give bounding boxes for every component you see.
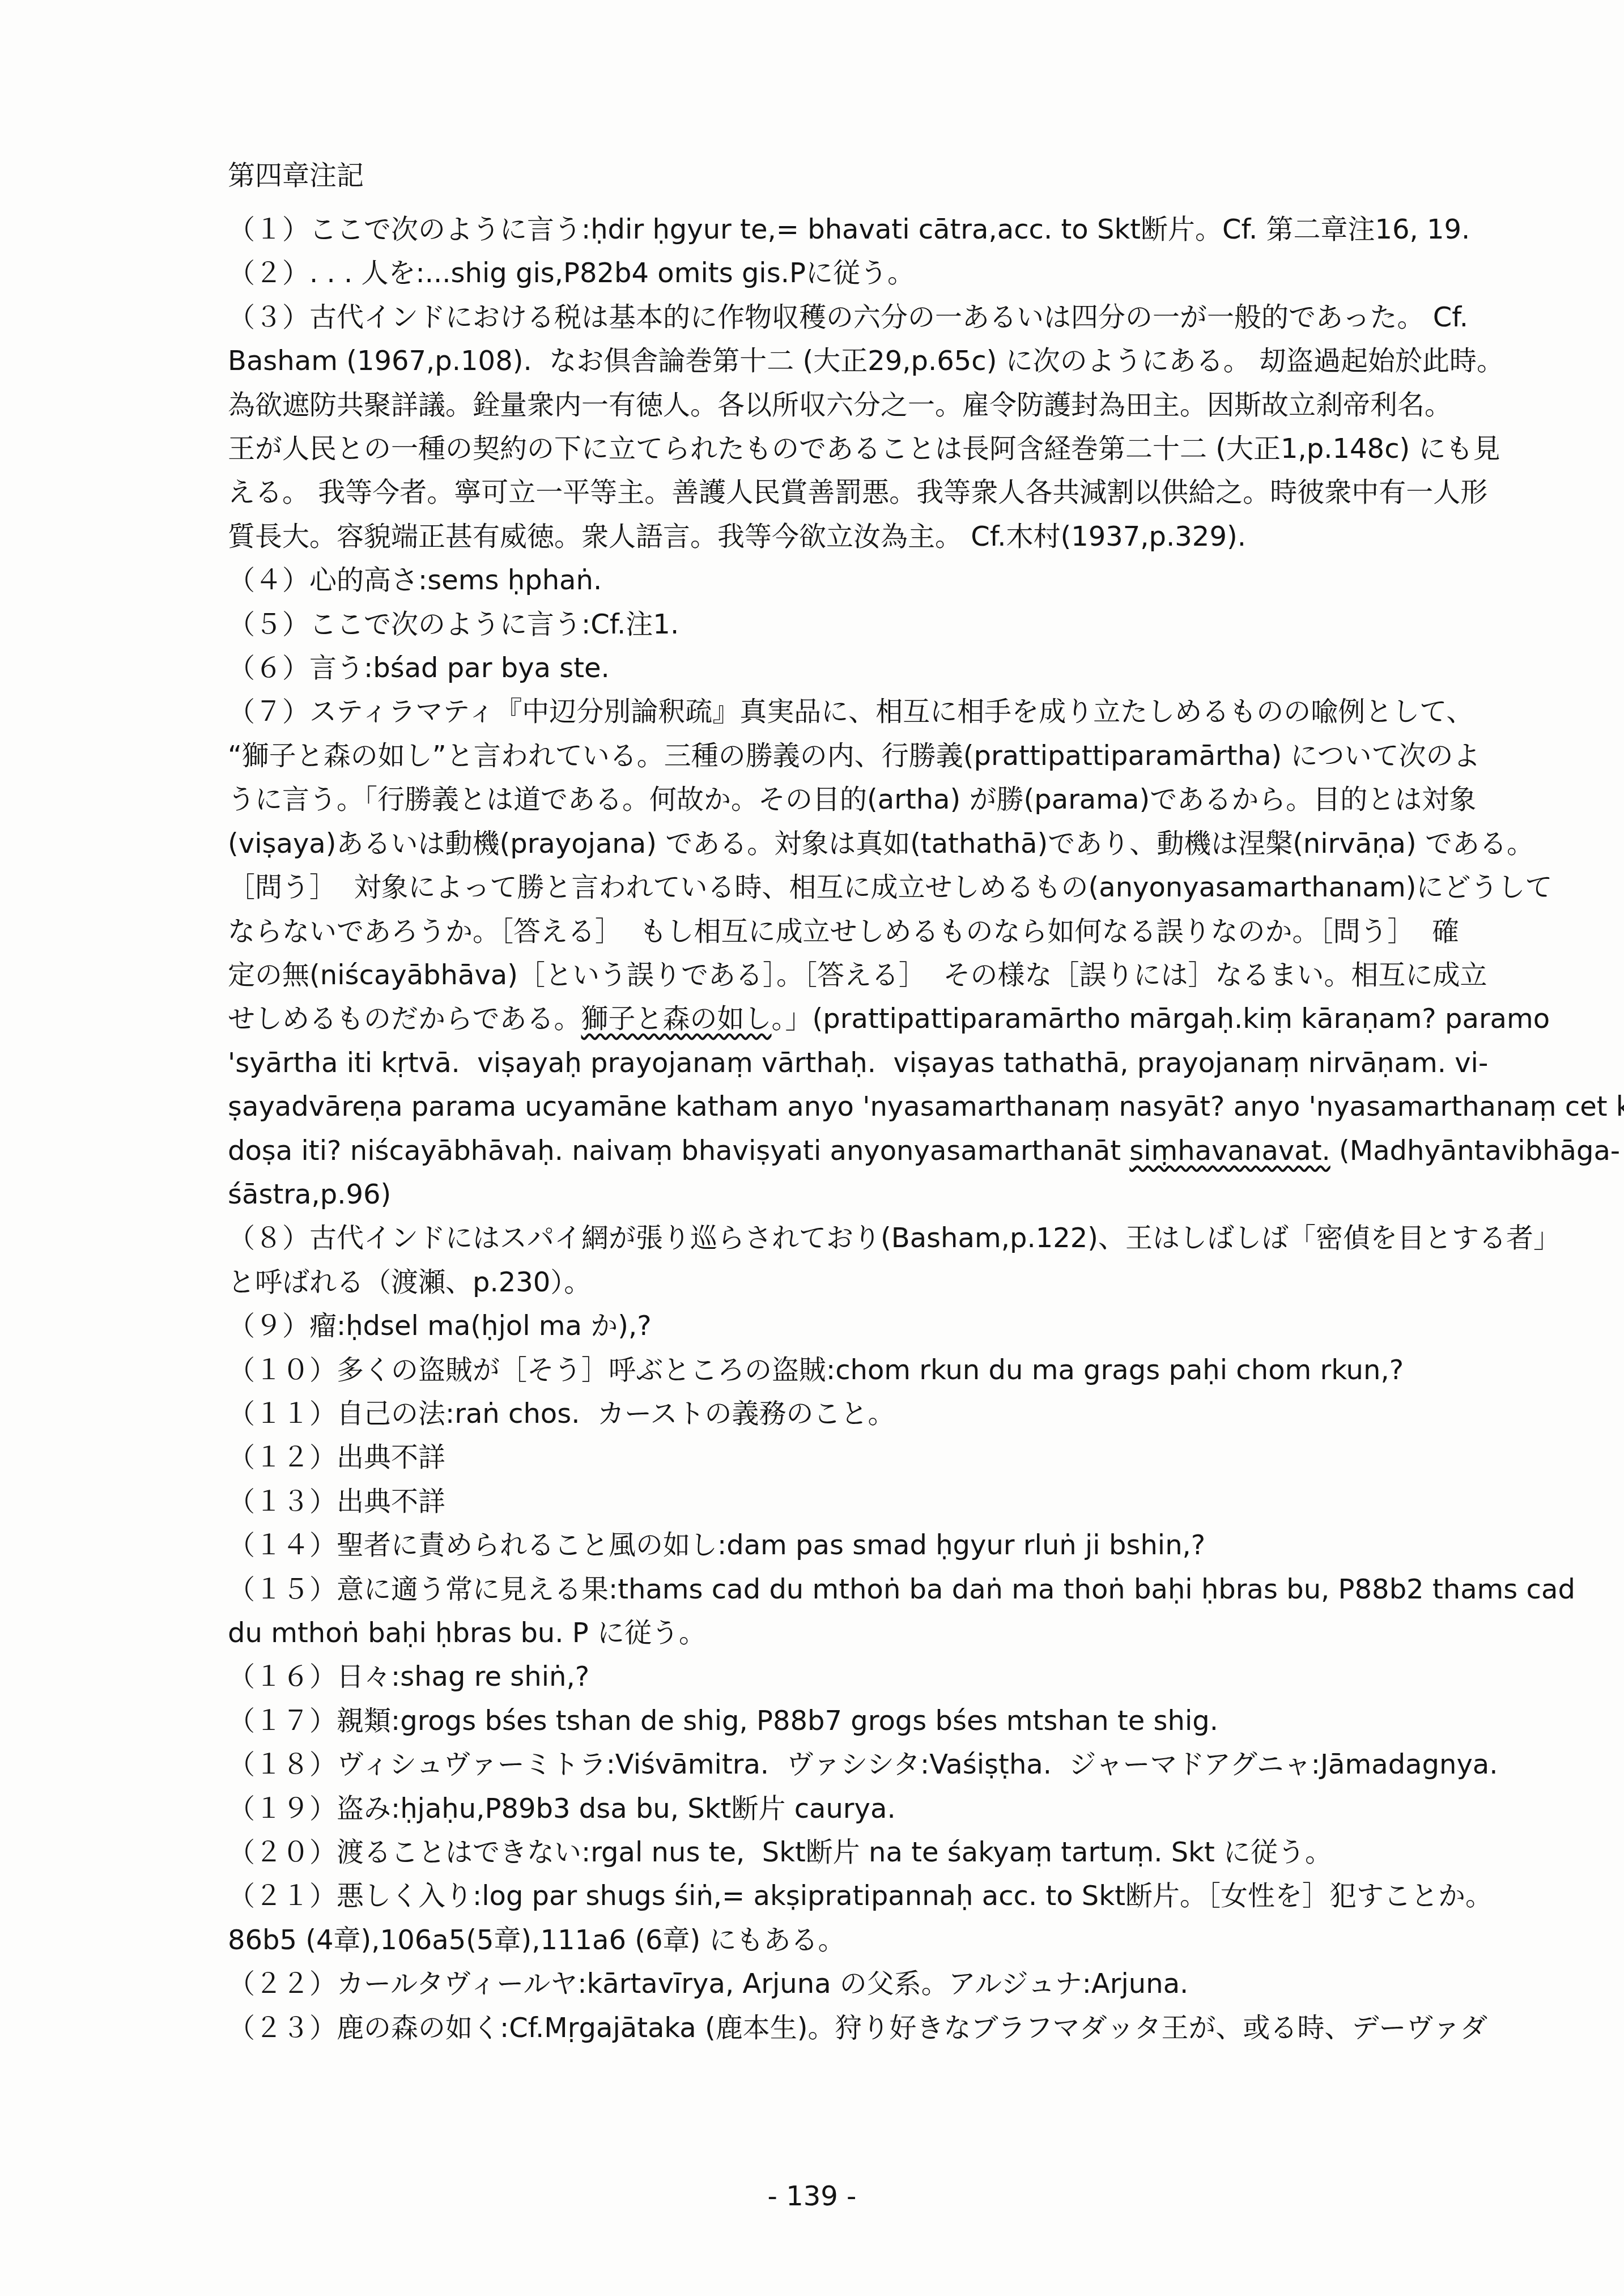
note-line: （１１）自己の法:raṅ chos. カーストの義務のこと。 <box>228 1392 1548 1436</box>
text-segment: える。 我等今者。寧可立一平等主。善護人民賞善罰悪。我等衆人各共減割以供給之。時… <box>228 477 1487 508</box>
note-line: ṣayadvāreṇa parama ucyamāne katham anyo … <box>228 1085 1548 1129</box>
text-segment: （８）古代インドにはスパイ網が張り巡らされており(Basham,p.122)、王… <box>228 1222 1561 1254</box>
text-segment: 為欲遮防共聚詳議。銓量衆内一有徳人。各以所収六分之一。雇令防護封為田主。因斯故立… <box>228 389 1452 421</box>
text-segment: （２１）悪しく入り:log par shugs śiṅ,= akṣipratip… <box>228 1880 1493 1912</box>
note-line: （１５）意に適う常に見える果:thams cad du mthoṅ ba daṅ… <box>228 1568 1548 1612</box>
text-segment: ならないであろうか。［答える］ もし相互に成立せしめるものなら如何なる誤りなのか… <box>228 916 1459 947</box>
note-line: （２０）渡ることはできない:rgal nus te, Skt断片 na te ś… <box>228 1831 1548 1874</box>
text-segment: せしめるものだからである。 <box>228 1003 581 1035</box>
note-line: ならないであろうか。［答える］ もし相互に成立せしめるものなら如何なる誤りなのか… <box>228 910 1548 954</box>
text-segment: (Madhyāntavibhāga- <box>1330 1135 1620 1167</box>
text-segment: （１５）意に適う常に見える果:thams cad du mthoṅ ba daṅ… <box>228 1574 1575 1605</box>
note-line: （１９）盗み:ḥjaḥu,P89b3 dsa bu, Skt断片 caurya. <box>228 1787 1548 1831</box>
note-line: (viṣaya)あるいは動機(prayojana) である。対象は真如(tath… <box>228 822 1548 866</box>
note-line: （６）言う:bśad par bya ste. <box>228 647 1548 690</box>
note-line: 王が人民との一種の契約の下に立てられたものであることは長阿含経巻第二十二 (大正… <box>228 427 1548 471</box>
note-line: （２２）カールタヴィールヤ:kārtavīrya, Arjuna の父系。アルジ… <box>228 1962 1548 2006</box>
note-line: ［問う］ 対象によって勝と言われている時、相互に成立せしめるもの(anyonya… <box>228 866 1548 909</box>
text-segment: 王が人民との一種の契約の下に立てられたものであることは長阿含経巻第二十二 (大正… <box>228 433 1500 465</box>
chapter-notes-title: 第四章注記 <box>228 154 1548 198</box>
page-number: - 139 - <box>0 2175 1624 2218</box>
note-line: （１４）聖者に責められること風の如し:dam pas smad ḥgyur rl… <box>228 1524 1548 1567</box>
note-line: （５）ここで次のように言う:Cf.注1. <box>228 603 1548 647</box>
note-line: Basham (1967,p.108). なお倶舎論巻第十二 (大正29,p.6… <box>228 339 1548 383</box>
text-segment: Basham (1967,p.108). なお倶舎論巻第十二 (大正29,p.6… <box>228 345 1504 377</box>
note-line: 質長大。容貌端正甚有威徳。衆人語言。我等今欲立汝為主。 Cf.木村(1937,p… <box>228 515 1548 559</box>
text-segment: 'syārtha iti kṛtvā. viṣayaḥ prayojanaṃ v… <box>228 1047 1488 1079</box>
text-segment: （３）古代インドにおける税は基本的に作物収穫の六分の一あるいは四分の一が一般的で… <box>228 301 1468 333</box>
note-line: （２）. . . 人を:...shig gis,P82b4 omits gis.… <box>228 252 1548 295</box>
text-segment: 86b5 (4章),106a5(5章),111a6 (6章) にもある。 <box>228 1924 845 1956</box>
note-line: （７）スティラマティ『中辺分別論釈疏』真実品に、相互に相手を成り立たしめるものの… <box>228 690 1548 734</box>
note-line: （１３）出典不詳 <box>228 1480 1548 1524</box>
text-segment: （２）. . . 人を:...shig gis,P82b4 omits gis.… <box>228 257 915 289</box>
wavy-underlined-text: 獅子と森の如し <box>581 1003 772 1035</box>
note-line: （１）ここで次のように言う:ḥdir ḥgyur te,= bhavati cā… <box>228 208 1548 252</box>
notes-section: 第四章注記 （１）ここで次のように言う:ḥdir ḥgyur te,= bhav… <box>228 154 1548 2050</box>
text-segment: (viṣaya)あるいは動機(prayojana) である。対象は真如(tath… <box>228 828 1534 860</box>
text-segment: うに言う。「行勝義とは道である。何故か。その目的(artha) が勝(param… <box>228 784 1476 815</box>
note-line: “獅子と森の如し”と言われている。三種の勝義の内、行勝義(prattipatti… <box>228 734 1548 778</box>
text-segment: （４）心的高さ:sems ḥphaṅ. <box>228 564 602 596</box>
text-segment: （１４）聖者に責められること風の如し:dam pas smad ḥgyur rl… <box>228 1529 1205 1561</box>
text-segment: （１７）親類:grogs bśes tshan de shig, P88b7 g… <box>228 1705 1218 1737</box>
note-line: （３）古代インドにおける税は基本的に作物収穫の六分の一あるいは四分の一が一般的で… <box>228 296 1548 339</box>
note-line: うに言う。「行勝義とは道である。何故か。その目的(artha) が勝(param… <box>228 778 1548 822</box>
text-segment: du mthoṅ baḥi ḥbras bu. P に従う。 <box>228 1617 706 1649</box>
text-segment: ［問う］ 対象によって勝と言われている時、相互に成立せしめるもの(anyonya… <box>228 871 1552 903</box>
note-line: （１０）多くの盗賊が［そう］呼ぶところの盗賊:chom rkun du ma g… <box>228 1349 1548 1392</box>
text-segment: （１３）出典不詳 <box>228 1486 445 1517</box>
text-segment: （７）スティラマティ『中辺分別論釈疏』真実品に、相互に相手を成り立たしめるものの… <box>228 696 1473 728</box>
text-segment: （１８）ヴィシュヴァーミトラ:Viśvāmitra. ヴァシシタ:Vaśiṣṭh… <box>228 1749 1498 1780</box>
note-line: 為欲遮防共聚詳議。銓量衆内一有徳人。各以所収六分之一。雇令防護封為田主。因斯故立… <box>228 384 1548 427</box>
note-line: （２１）悪しく入り:log par shugs śiṅ,= akṣipratip… <box>228 1874 1548 1918</box>
text-segment: （５）ここで次のように言う:Cf.注1. <box>228 609 679 640</box>
note-line: える。 我等今者。寧可立一平等主。善護人民賞善罰悪。我等衆人各共減割以供給之。時… <box>228 471 1548 515</box>
note-line: （１８）ヴィシュヴァーミトラ:Viśvāmitra. ヴァシシタ:Vaśiṣṭh… <box>228 1743 1548 1787</box>
note-line: （１６）日々:shag re shiṅ,? <box>228 1655 1548 1699</box>
text-segment: ṣayadvāreṇa parama ucyamāne katham anyo … <box>228 1091 1624 1123</box>
note-line: せしめるものだからである。獅子と森の如し。」(prattipattiparamā… <box>228 997 1548 1041</box>
note-line: 定の無(niścayābhāva)［という誤りである］。［答える］ その様な［誤… <box>228 954 1548 997</box>
text-segment: “獅子と森の如し”と言われている。三種の勝義の内、行勝義(prattipatti… <box>228 740 1481 772</box>
note-line: （９）瘤:ḥdsel ma(ḥjol ma か),? <box>228 1304 1548 1348</box>
text-segment: śāstra,p.96) <box>228 1179 391 1210</box>
note-line: （１７）親類:grogs bśes tshan de shig, P88b7 g… <box>228 1699 1548 1743</box>
note-line: 'syārtha iti kṛtvā. viṣayaḥ prayojanaṃ v… <box>228 1041 1548 1085</box>
text-segment: 定の無(niścayābhāva)［という誤りである］。［答える］ その様な［誤… <box>228 959 1487 991</box>
text-segment: （９）瘤:ḥdsel ma(ḥjol ma か),? <box>228 1310 652 1342</box>
text-segment: と呼ばれる（渡瀬、p.230）。 <box>228 1266 591 1298</box>
note-line: と呼ばれる（渡瀬、p.230）。 <box>228 1261 1548 1304</box>
note-line: （２３）鹿の森の如く:Cf.Mṛgajātaka (鹿本生)。狩り好きなブラフマ… <box>228 2006 1548 2050</box>
text-segment: （１１）自己の法:raṅ chos. カーストの義務のこと。 <box>228 1398 895 1430</box>
text-segment: doṣa iti? niścayābhāvaḥ. naivaṃ bhaviṣya… <box>228 1135 1129 1167</box>
note-line: （８）古代インドにはスパイ網が張り巡らされており(Basham,p.122)、王… <box>228 1217 1548 1260</box>
note-lines: （１）ここで次のように言う:ḥdir ḥgyur te,= bhavati cā… <box>228 208 1548 2050</box>
note-line: （４）心的高さ:sems ḥphaṅ. <box>228 559 1548 602</box>
text-segment: （２０）渡ることはできない:rgal nus te, Skt断片 na te ś… <box>228 1836 1332 1868</box>
text-segment: （１９）盗み:ḥjaḥu,P89b3 dsa bu, Skt断片 caurya. <box>228 1793 896 1825</box>
text-segment: 質長大。容貌端正甚有威徳。衆人語言。我等今欲立汝為主。 Cf.木村(1937,p… <box>228 521 1246 552</box>
text-segment: （２３）鹿の森の如く:Cf.Mṛgajātaka (鹿本生)。狩り好きなブラフマ… <box>228 2012 1487 2044</box>
note-line: 86b5 (4章),106a5(5章),111a6 (6章) にもある。 <box>228 1919 1548 1962</box>
text-segment: （２２）カールタヴィールヤ:kārtavīrya, Arjuna の父系。アルジ… <box>228 1968 1188 2000</box>
text-segment: （１）ここで次のように言う:ḥdir ḥgyur te,= bhavati cā… <box>228 214 1470 245</box>
note-line: śāstra,p.96) <box>228 1173 1548 1217</box>
text-segment: （１２）出典不詳 <box>228 1442 445 1473</box>
text-segment: （１６）日々:shag re shiṅ,? <box>228 1661 589 1693</box>
scanned-document-page: 第四章注記 （１）ここで次のように言う:ḥdir ḥgyur te,= bhav… <box>0 0 1624 2296</box>
text-segment: （１０）多くの盗賊が［そう］呼ぶところの盗賊:chom rkun du ma g… <box>228 1354 1404 1386</box>
text-segment: 。」(prattipattiparamārtho mārgaḥ.kiṃ kāra… <box>772 1003 1550 1035</box>
wavy-underlined-text: siṃhavanavat. <box>1129 1135 1330 1167</box>
note-line: du mthoṅ baḥi ḥbras bu. P に従う。 <box>228 1612 1548 1655</box>
text-segment: （６）言う:bśad par bya ste. <box>228 652 610 684</box>
note-line: （１２）出典不詳 <box>228 1436 1548 1479</box>
note-line: doṣa iti? niścayābhāvaḥ. naivaṃ bhaviṣya… <box>228 1129 1548 1173</box>
